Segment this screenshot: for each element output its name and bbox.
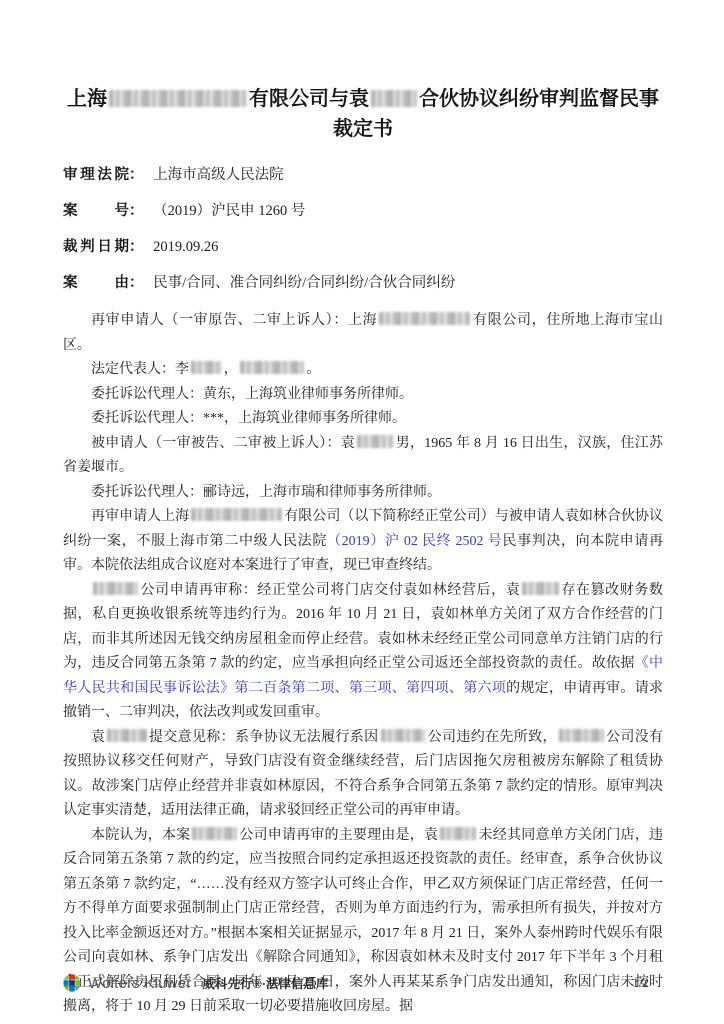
title-line-1: 上海有限公司与袁合伙协议纠纷审判监督民事 [63, 84, 663, 114]
paragraph: 袁提交意见称：系争协议无法履行系因公司违约在先所致，公司没有按照协议移交任何财产… [63, 726, 663, 824]
text-segment: 委托诉讼代理人：***，上海筑业律师事务所律师。 [91, 411, 406, 426]
text-segment: 委托诉讼代理人：郦诗远，上海市瑞和律师事务所律师。 [91, 485, 441, 500]
meta-label: 案号 [63, 201, 129, 222]
meta-value-judgment-date: 2019.09.26 [153, 239, 218, 255]
text-segment: 再审申请人（一审原告、二审上诉人）：上海 [91, 313, 377, 328]
document-body: 再审申请人（一审原告、二审上诉人）：上海有限公司，住所地上海市宝山区。法定代表人… [63, 309, 663, 1020]
product-name: 威科先行®·法律信息库 [202, 974, 328, 992]
paragraph: 被申请人（一审被告、二审被上诉人）：袁男，1965 年 8 月 16 日出生，汉… [63, 432, 663, 481]
brand-name: Wolters Kluwer [88, 975, 191, 992]
redacted-text [109, 90, 247, 107]
meta-label: 审理法院 [63, 165, 129, 186]
title-line-2: 裁定书 [63, 114, 663, 144]
meta-value-cause-of-action: 民事/合同、准合同纠纷/合同纠纷/合伙合同纠纷 [153, 275, 455, 291]
document-page: 上海有限公司与袁合伙协议纠纷审判监督民事 裁定书 审理法院： 上海市高级人民法院… [0, 0, 724, 1024]
meta-colon: ： [129, 275, 144, 291]
text-segment: 有限公司与袁 [249, 88, 369, 110]
redacted-text [559, 729, 604, 742]
paragraph: 委托诉讼代理人：***，上海筑业律师事务所律师。 [63, 407, 663, 432]
text-segment: 委托诉讼代理人：黄东，上海筑业律师事务所律师。 [91, 387, 413, 402]
case-metadata: 审理法院： 上海市高级人民法院 案号： （2019）沪民申 1260 号 裁判日… [63, 165, 663, 294]
text-segment: 被申请人（一审被告、二审被上诉人）：袁 [91, 436, 355, 451]
paragraph: 再审申请人（一审原告、二审上诉人）：上海有限公司，住所地上海市宝山区。 [63, 309, 663, 358]
text-segment: 。 [306, 362, 320, 377]
text-segment: 公司申请再审的主要理由是，袁 [239, 828, 438, 843]
text-segment: ， [224, 362, 238, 377]
meta-colon: ： [129, 203, 144, 219]
judgment-citation-link[interactable]: （2019）沪 02 民终 2502 号 [327, 534, 502, 549]
paragraph: 再审申请人上海有限公司（以下简称经正堂公司）与被申请人袁如林合伙协议纠纷一案，不… [63, 505, 663, 579]
text-segment: 合伙协议纠纷审判监督民事 [419, 88, 659, 110]
meta-row-cause-of-action: 案由： 民事/合同、准合同纠纷/合同纠纷/合伙合同纠纷 [63, 273, 663, 294]
paragraph: 委托诉讼代理人：黄东，上海筑业律师事务所律师。 [63, 383, 663, 408]
text-segment: 法定代表人：李 [91, 362, 189, 377]
meta-value-court: 上海市高级人民法院 [153, 167, 284, 183]
text-segment: 袁 [91, 730, 105, 745]
text-segment: 公司申请再审称：经正堂公司将门店交付袁如林经营后，袁 [140, 583, 521, 598]
text-segment: 公司违约在先所致， [427, 730, 557, 745]
meta-label: 案由 [63, 273, 129, 294]
text-segment: 上海 [67, 88, 107, 110]
meta-label: 裁判日期 [63, 237, 129, 258]
text-segment: 裁定书 [333, 118, 393, 140]
meta-row-court: 审理法院： 上海市高级人民法院 [63, 165, 663, 186]
document-title: 上海有限公司与袁合伙协议纠纷审判监督民事 裁定书 [63, 84, 663, 144]
redacted-text [240, 361, 304, 374]
text-segment: 再审申请人上海 [91, 509, 189, 524]
redacted-text [357, 435, 393, 448]
meta-colon: ： [129, 239, 144, 255]
redacted-text [522, 582, 558, 595]
redacted-text [379, 312, 470, 325]
paragraph: 法定代表人：李，。 [63, 358, 663, 383]
page-footer: Wolters Kluwer 威科先行®·法律信息库 1/2 [63, 974, 663, 992]
redacted-text [191, 508, 282, 521]
text-segment: 提交意见称：系争协议无法履行系因 [149, 730, 379, 745]
footer-brand-block: Wolters Kluwer 威科先行®·法律信息库 [63, 974, 328, 992]
redacted-text [440, 827, 476, 840]
redacted-text [192, 827, 237, 840]
redacted-text [381, 729, 426, 742]
wolters-kluwer-logo-icon [63, 974, 81, 992]
redacted-text [107, 729, 146, 742]
page-number: 1/2 [632, 975, 649, 991]
meta-colon: ： [129, 167, 144, 183]
meta-row-case-number: 案号： （2019）沪民申 1260 号 [63, 201, 663, 222]
meta-row-judgment-date: 裁判日期： 2019.09.26 [63, 237, 663, 258]
meta-value-case-number: （2019）沪民申 1260 号 [153, 203, 305, 219]
paragraph: 公司申请再审称：经正堂公司将门店交付袁如林经营后，袁存在篡改财务数据，私自更换收… [63, 579, 663, 726]
redacted-text [93, 582, 138, 595]
paragraph: 委托诉讼代理人：郦诗远，上海市瑞和律师事务所律师。 [63, 481, 663, 506]
text-segment: 本院认为，本案 [91, 828, 190, 843]
redacted-text [191, 361, 222, 374]
redacted-text [371, 90, 417, 107]
